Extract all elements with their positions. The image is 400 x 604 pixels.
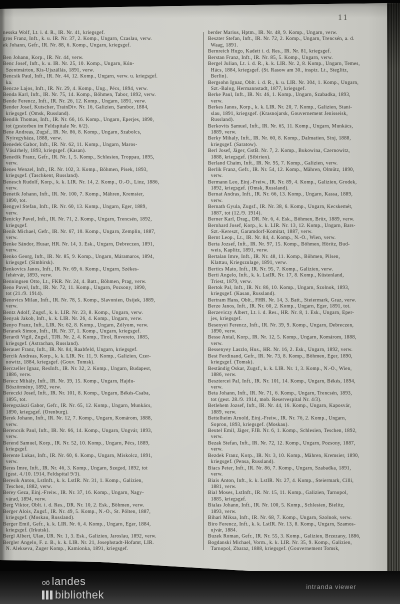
library-logo[interactable]: oö landes bibliothek <box>42 575 172 602</box>
logo-line1: oö landes <box>42 575 172 588</box>
logo-prefix: oö <box>42 579 50 587</box>
text-column-left: nesska Wolf, Lt. i. d. R., IR. Nr. 41, k… <box>3 30 200 554</box>
bar-icon <box>50 591 53 600</box>
logo-word-landes: landes <box>52 575 86 588</box>
text-column-right: berder Marius, Hptm., IR. Nr. 48, 9. Kom… <box>208 30 389 554</box>
text-column-left-lines: nesska Wolf, Lt. i. d. R., IR. Nr. 41, k… <box>3 30 200 552</box>
column-divider-rule <box>203 32 204 550</box>
bar-icon <box>46 591 49 600</box>
page-number: 11 <box>338 13 349 22</box>
text-column-right-lines: berder Marius, Hptm., IR. Nr. 48, 9. Kom… <box>208 30 389 552</box>
text-line: Tarnopol, Zbaraz, 1888, kriegsgef. (Gouv… <box>208 546 389 552</box>
logo-word-bibliothek: bibliothek <box>55 589 104 602</box>
scanned-page[interactable]: 11 nesska Wolf, Lt. i. d. R., IR. Nr. 41… <box>0 0 400 604</box>
logo-line2: bibliothek <box>42 589 172 602</box>
logo-bars-icon <box>42 591 53 600</box>
viewer-canvas: 11 nesska Wolf, Lt. i. d. R., IR. Nr. 41… <box>0 0 400 604</box>
viewer-footer-bar: oö landes bibliothek intranda viewer <box>0 571 400 604</box>
bar-icon <box>42 591 45 600</box>
viewer-brand-label[interactable]: intranda viewer <box>306 583 356 591</box>
text-line: N. Alekseva, Zuger Komp., Kamionka, 1891… <box>3 546 200 552</box>
